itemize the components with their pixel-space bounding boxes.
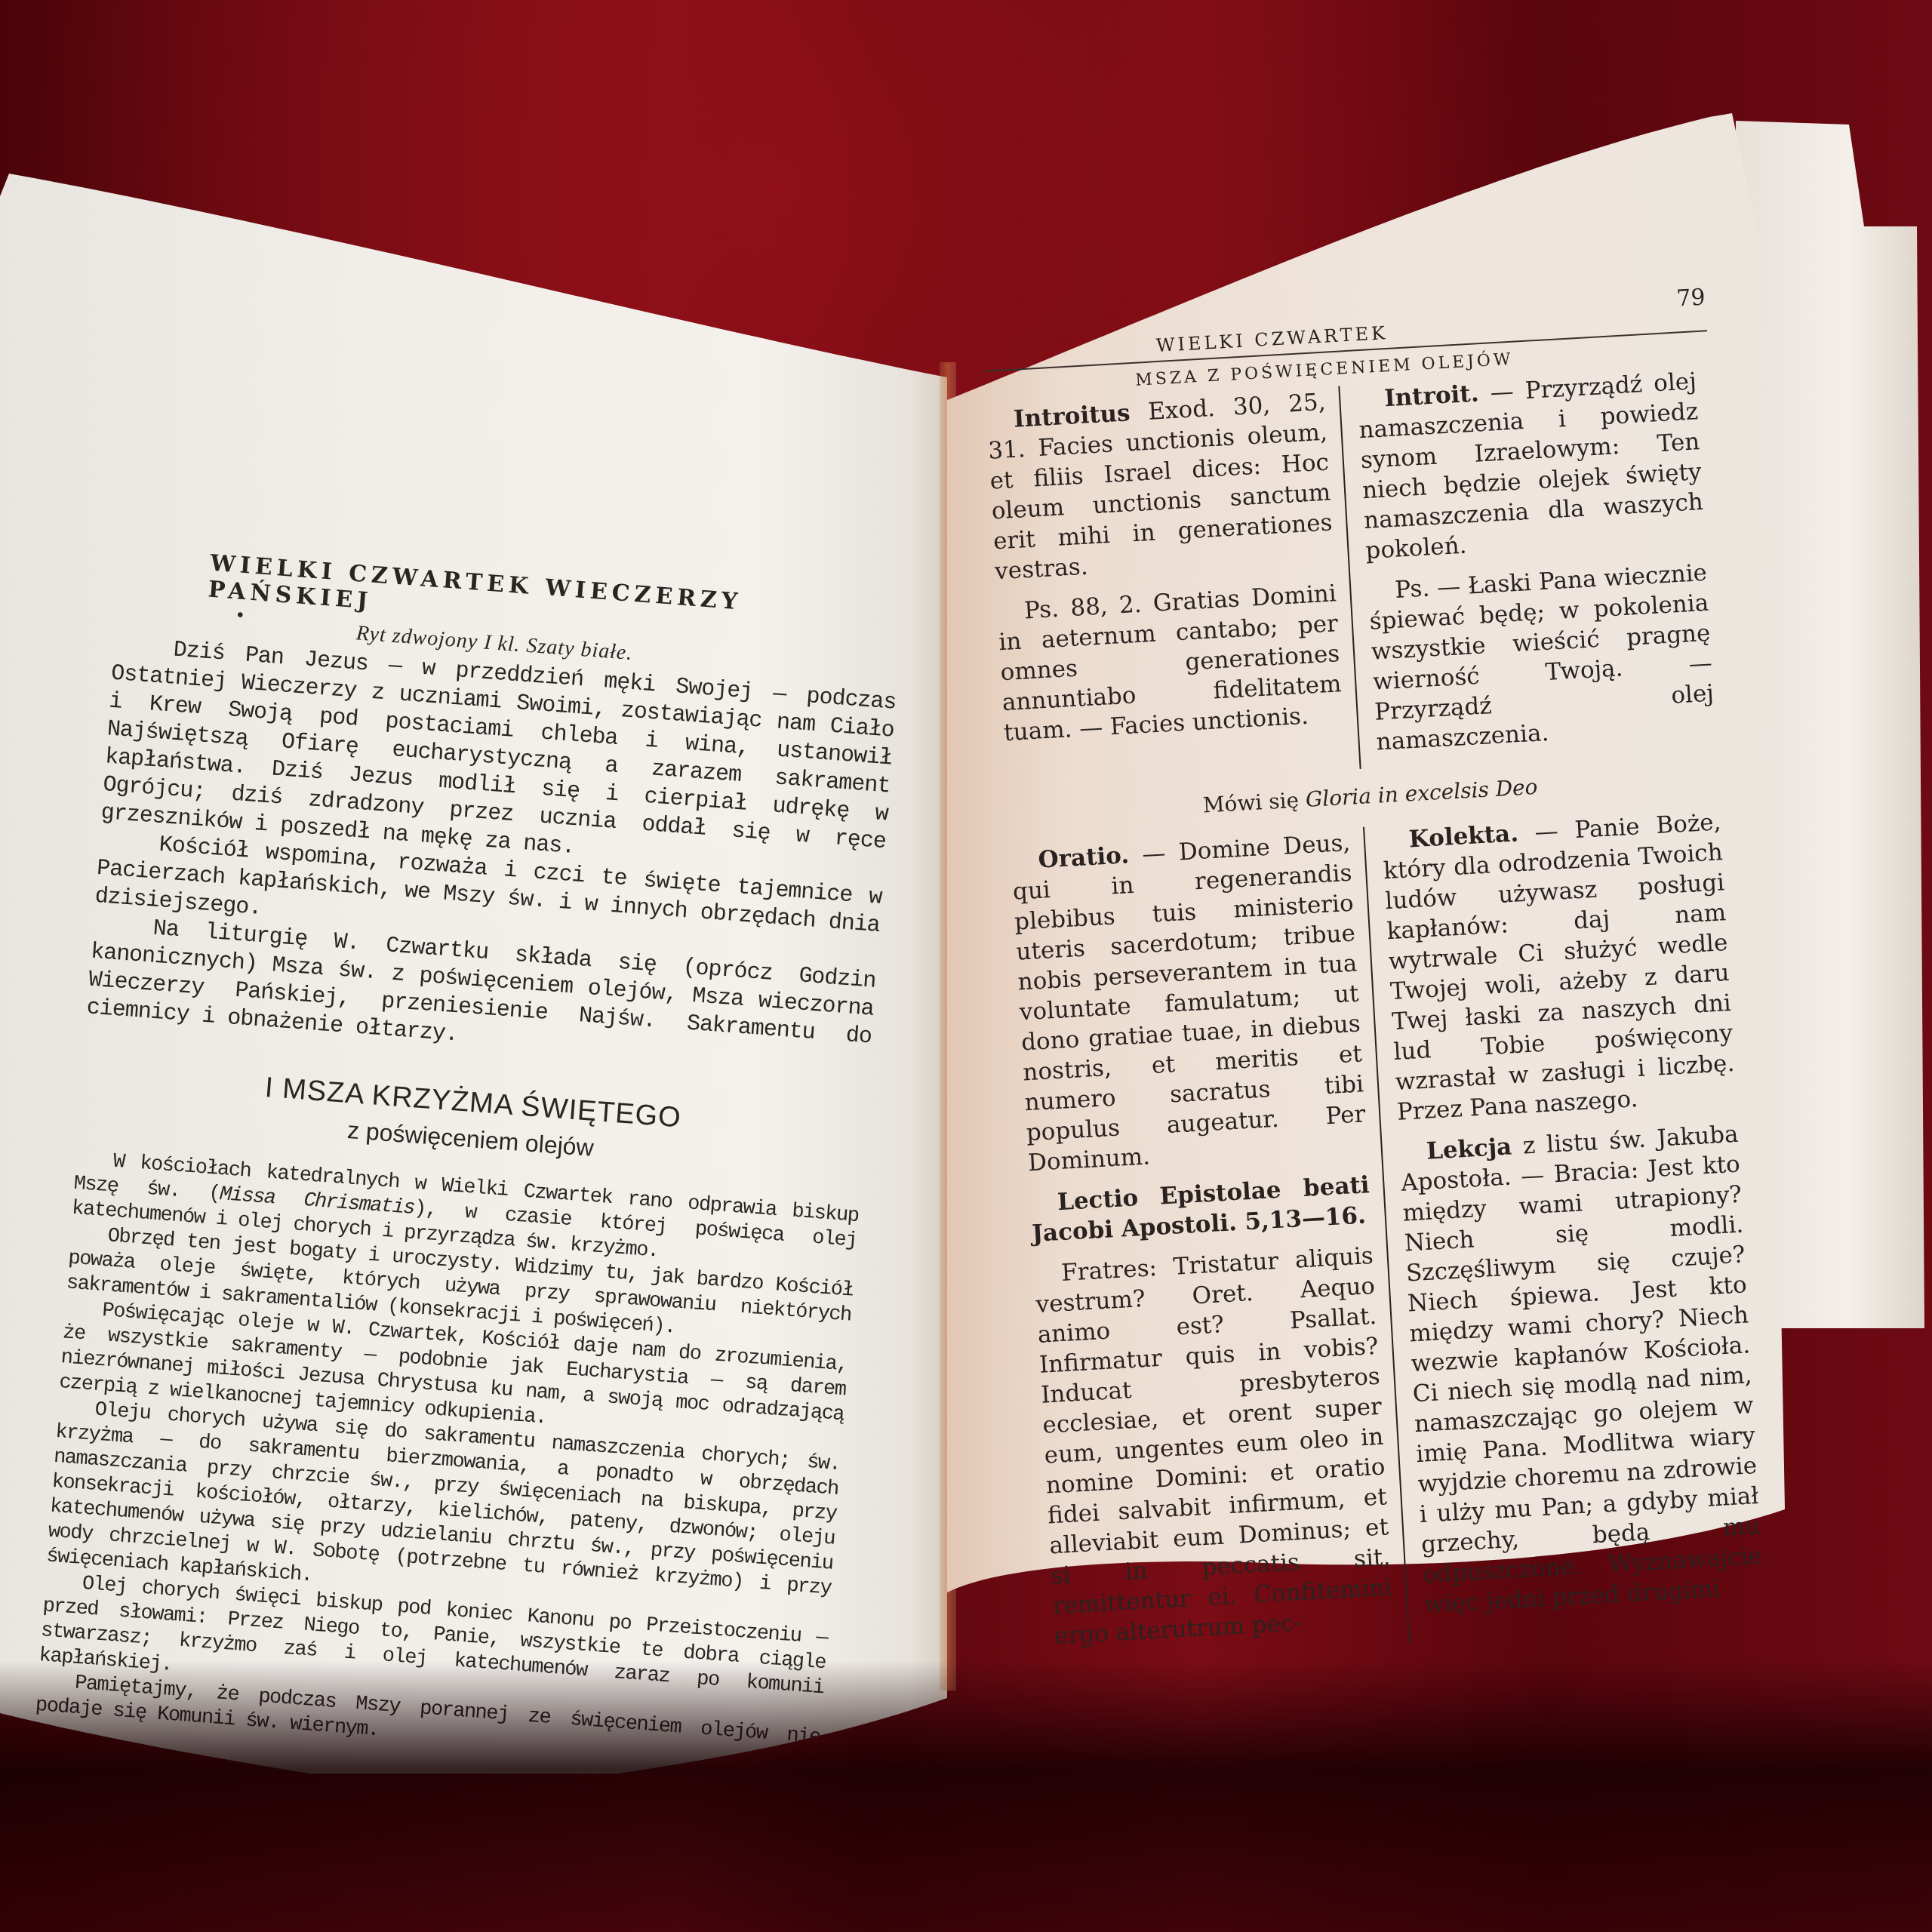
latin-column: Introitus Exod. 30, 25, 31. Facies uncti… <box>986 386 1361 789</box>
bullet-dot: • <box>235 604 245 629</box>
parallel-columns-top: Introitus Exod. 30, 25, 31. Facies uncti… <box>986 365 1730 789</box>
kolekta-polish: Kolekta. — Panie Boże, który dla odrodze… <box>1381 807 1737 1127</box>
polish-column: Kolekta. — Panie Boże, który dla odrodze… <box>1364 807 1766 1642</box>
gloria-prefix: Mówi się <box>1202 788 1300 818</box>
lectio-text: Fratres: Tristatur aliquis vestrum? Oret… <box>1033 1241 1394 1651</box>
psalm-latin: Ps. 88, 2. Gratias Domini in aeternum ca… <box>996 578 1343 748</box>
oratio-text: — Domine Deus, qui in regenerandis plebi… <box>1012 829 1366 1177</box>
oratio-label: Oratio. <box>1038 841 1130 874</box>
lekcja-label: Lekcja <box>1426 1133 1512 1164</box>
left-page: WIELKI CZWARTEK WIECZERZY PAŃSKIEJ • Ryt… <box>0 151 947 1774</box>
lekcja-text: z listu św. Jakuba Apostoła. — Bracia: J… <box>1400 1121 1762 1619</box>
lectio-label: Lectio <box>1057 1184 1139 1216</box>
latin-column: Oratio. — Domine Deus, qui in regenerand… <box>1011 827 1411 1663</box>
introit-polish: Introit. — Przyrządź olej namaszczenia i… <box>1356 366 1706 566</box>
page-number: 79 <box>1675 284 1706 312</box>
lekcja-polish: Lekcja z listu św. Jakuba Apostoła. — Br… <box>1398 1119 1764 1620</box>
kolekta-label: Kolekta. <box>1408 820 1519 853</box>
oratio-latin: Oratio. — Domine Deus, qui in regenerand… <box>1011 828 1368 1178</box>
introitus-label: Introitus <box>1013 399 1131 433</box>
introit-label: Introit. <box>1383 380 1479 412</box>
right-page-content: WIELKI CZWARTEK 79 MSZA Z POŚWIĘCENIEM O… <box>981 284 1780 1662</box>
parallel-columns-bottom: Oratio. — Domine Deus, qui in regenerand… <box>1011 806 1780 1662</box>
running-head-title: WIELKI CZWARTEK <box>1155 322 1389 356</box>
gloria-italic: Gloria in excelsis Deo <box>1305 774 1538 812</box>
left-page-content: WIELKI CZWARTEK WIECZERZY PAŃSKIEJ • Ryt… <box>35 543 904 1774</box>
introitus-latin: Introitus Exod. 30, 25, 31. Facies uncti… <box>986 387 1335 587</box>
cloth-shadow <box>0 1660 1932 1932</box>
kolekta-text: — Panie Boże, który dla odrodzenia Twoic… <box>1383 808 1735 1126</box>
polish-column: Introit. — Przyrządź olej namaszczenia i… <box>1340 366 1717 769</box>
lectio-latin: Lectio Epistolae beati Jacobi Apostoli. … <box>1029 1170 1372 1249</box>
psalm-polish: Ps. — Łaski Pana wiecznie śpiewać będę; … <box>1367 558 1716 758</box>
